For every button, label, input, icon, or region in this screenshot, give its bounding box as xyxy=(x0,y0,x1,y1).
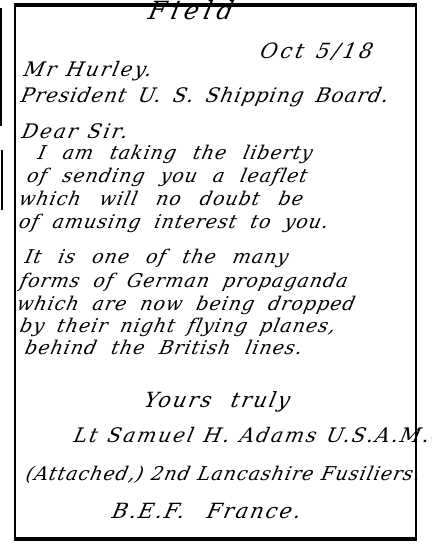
signature-name: Lt Samuel H. Adams U.S.A.M.C xyxy=(72,424,432,446)
body-paragraph2-line5: behind the British lines. xyxy=(23,338,305,359)
body-paragraph1-line2: of sending you a leaflet xyxy=(25,166,310,187)
body-paragraph1-line1: I am taking the liberty xyxy=(36,143,316,164)
signature-unit: (Attached,) 2nd Lancashire Fusiliers. xyxy=(24,464,423,485)
scanned-letter-page: Field Oct 5/18 Mr Hurley. President U. S… xyxy=(0,0,432,548)
body-paragraph2-line1: It is one of the many xyxy=(23,247,291,268)
letter-date: Oct 5/18 xyxy=(258,40,378,63)
closing: Yours truly xyxy=(142,389,294,412)
recipient-title: President U. S. Shipping Board. xyxy=(19,84,392,106)
body-paragraph2-line4: by their night flying planes, xyxy=(18,316,338,337)
salutation: Dear Sir. xyxy=(20,120,132,142)
scan-edge-artifact xyxy=(0,8,2,126)
body-paragraph1-line3: which will no doubt be xyxy=(17,189,306,210)
scan-edge-artifact xyxy=(1,150,3,210)
body-paragraph2-line2: forms of German propaganda xyxy=(18,271,351,292)
body-paragraph2-line3: which are now being dropped xyxy=(15,294,358,315)
signature-location: B.E.F. France. xyxy=(110,500,305,523)
recipient-name: Mr Hurley. xyxy=(22,58,156,80)
body-paragraph1-line4: of amusing interest to you. xyxy=(17,212,331,233)
letter-heading: Field xyxy=(146,0,241,25)
